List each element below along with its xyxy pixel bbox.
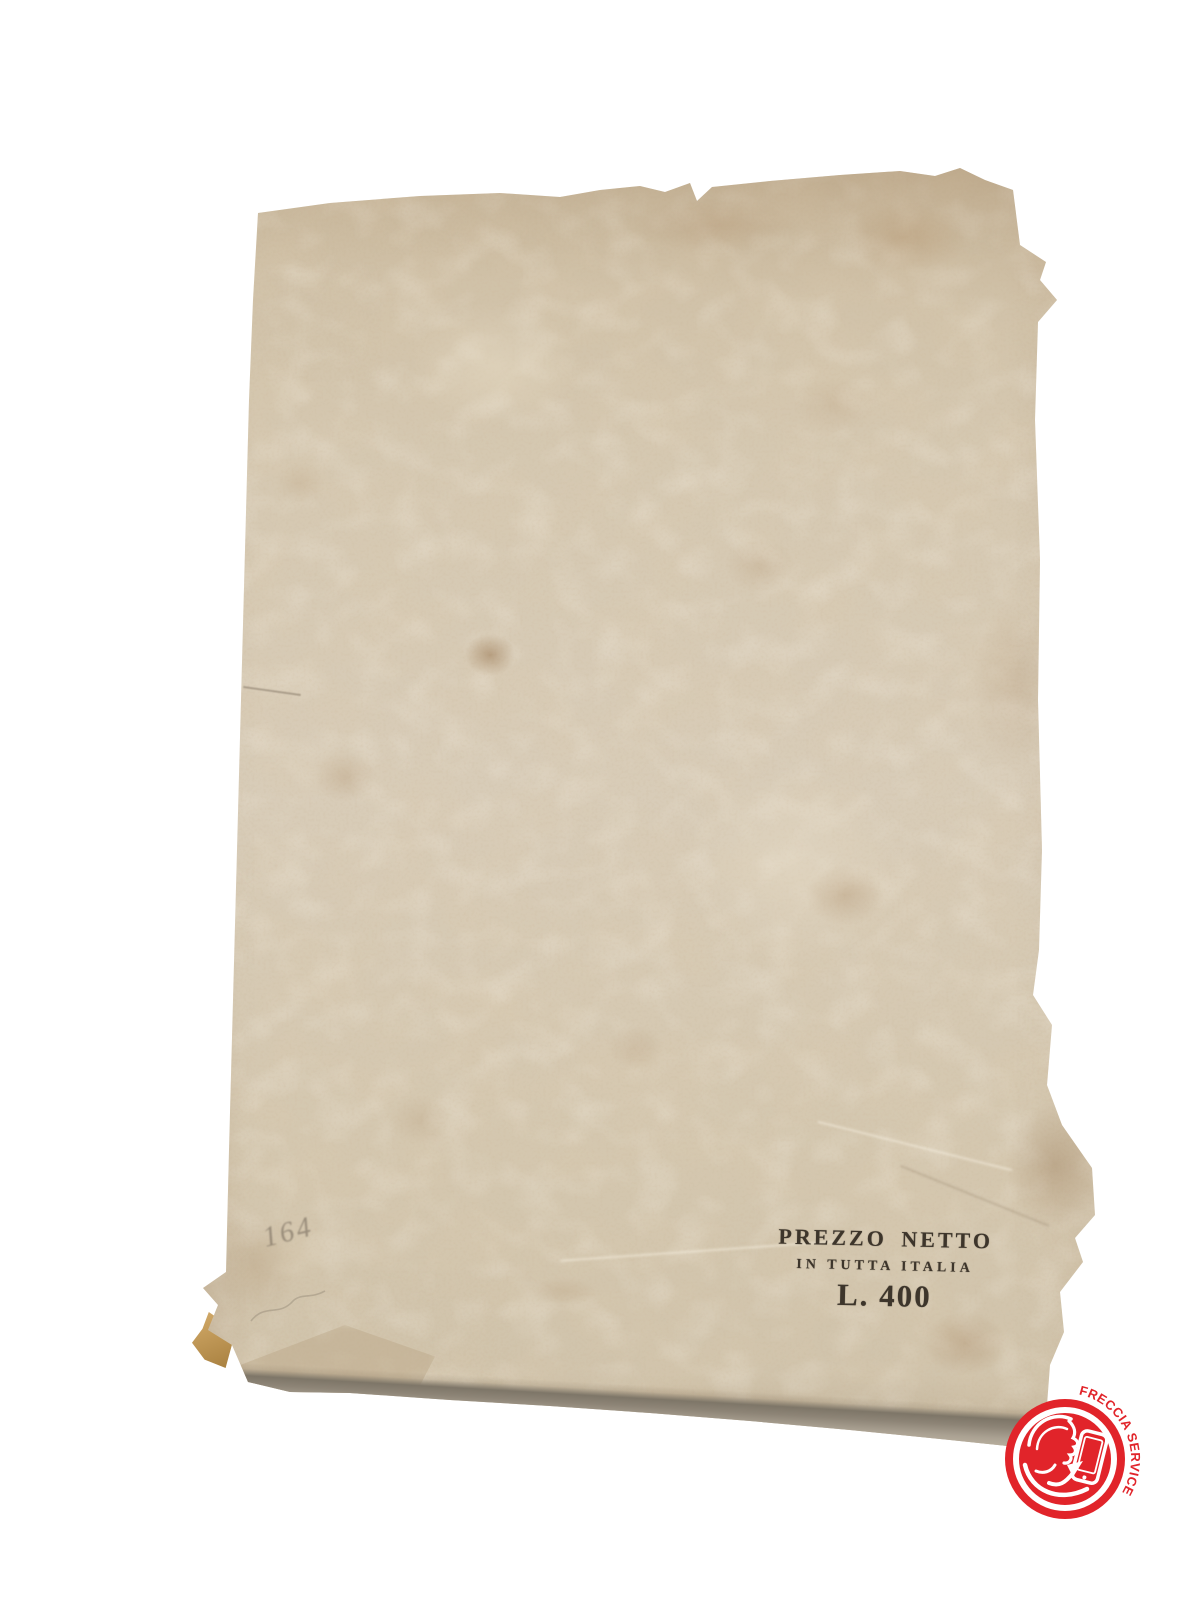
price-print-block: PREZZO NETTO IN TUTTA ITALIA L. 400 [754, 1223, 1016, 1317]
freccia-service-logo: FRECCIA SERVICE [980, 1374, 1150, 1544]
book-back-cover: PREZZO NETTO IN TUTTA ITALIA L. 400 164 [195, 165, 1110, 1465]
photo: PREZZO NETTO IN TUTTA ITALIA L. 400 164 [0, 0, 1200, 1600]
price-line-2: IN TUTTA ITALIA [755, 1256, 1015, 1278]
pencil-scribble [245, 1283, 335, 1333]
price-line-3: L. 400 [754, 1275, 1015, 1317]
price-line-1: PREZZO NETTO [755, 1223, 1016, 1255]
